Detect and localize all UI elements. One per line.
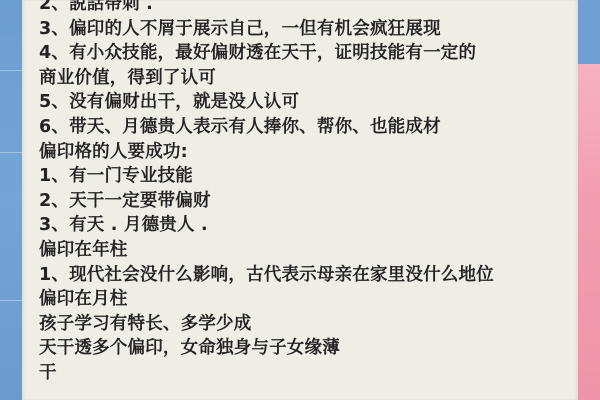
paper-note-panel: 2、説話帯刺 . 3、偏印的人不屑于展示自己，一但有机会疯狂展现 4、有小众技能… xyxy=(22,0,578,400)
note-text-block: 2、説話帯刺 . 3、偏印的人不屑于展示自己，一但有机会疯狂展现 4、有小众技能… xyxy=(39,0,569,386)
success-item-1: 1、有一门专业技能 xyxy=(39,164,569,189)
list-item-6: 6、带天、月德贵人表示有人捧你、帮你、也能成材 xyxy=(39,115,569,140)
right-strip-blue-segment xyxy=(578,0,600,64)
screenshot-stage: 2、説話帯刺 . 3、偏印的人不屑于展示自己，一但有机会疯狂展现 4、有小众技能… xyxy=(0,0,600,400)
list-item-4: 4、有小众技能，最好偏财透在天干，证明技能有一定的 xyxy=(39,41,569,66)
list-item-3: 3、偏印的人不屑于展示自己，一但有机会疯狂展现 xyxy=(39,17,569,42)
section-heading-success: 偏印格的人要成功: xyxy=(39,140,569,165)
right-strip-pink-segment xyxy=(578,64,600,400)
decorative-line xyxy=(0,70,22,71)
list-item-2: 2、説話帯刺 . xyxy=(39,0,569,17)
success-item-3: 3、有天 . 月德贵人 . xyxy=(39,213,569,238)
month-pillar-paragraph-1: 孩子学习有特长、多学少成 xyxy=(39,312,569,337)
decorative-line xyxy=(0,300,22,301)
year-pillar-item-1: 1、现代社会没什么影响，古代表示母亲在家里没什么地位 xyxy=(39,263,569,288)
list-item-5: 5、没有偏财出干，就是没人认可 xyxy=(39,90,569,115)
left-blue-background-strip xyxy=(0,0,22,400)
section-heading-month-pillar: 偏印在月柱 xyxy=(39,287,569,312)
right-background-strip xyxy=(578,0,600,400)
month-pillar-paragraph-3: 干 xyxy=(39,361,569,386)
section-heading-year-pillar: 偏印在年柱 xyxy=(39,238,569,263)
list-item-4-continuation: 商业价值，得到了认可 xyxy=(39,66,569,91)
decorative-line xyxy=(0,152,22,153)
success-item-2: 2、天干一定要带偏财 xyxy=(39,189,569,214)
month-pillar-paragraph-2: 天干透多个偏印，女命独身与子女缘薄 xyxy=(39,336,569,361)
